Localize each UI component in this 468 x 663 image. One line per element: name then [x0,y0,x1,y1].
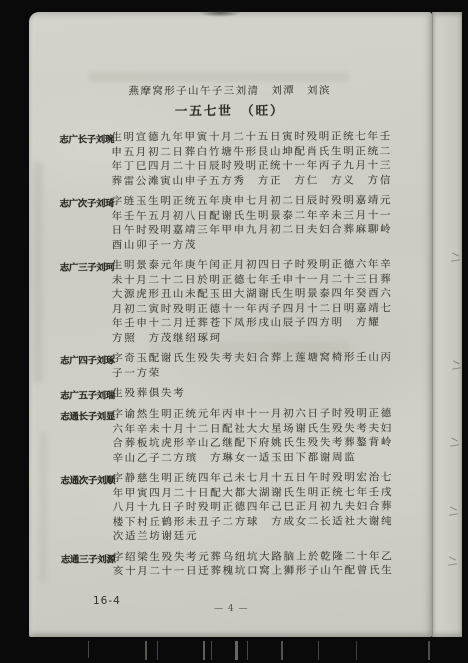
entry-text-line: 方照 方茂继绍琢珂 [112,330,393,345]
entry-text: 生明宣德九年甲寅十月二十五日寅时殁明正统七年壬申五月初二日葬白竹塘牛形艮山坤配肖… [111,129,392,188]
scan-streak [281,641,283,660]
entry-person-label: 志通次子刘顺 [61,471,113,486]
entry-text-line: 字谕然生明正统元年丙申十一月初六日子时殁明正德 [112,406,393,421]
entry-text: 字琏玉生明正统五年庚申七月初二日辰时殁明嘉靖元年壬午五月初八日配谢氏生明景泰二年… [112,193,393,252]
entry-text-line: 年甲寅四月二十日配大都大湖谢氏生明正统七年壬戌 [113,485,394,500]
margin-handwriting-mark [450,252,461,265]
scan-streak [428,641,430,660]
scan-streak [356,641,357,660]
entry-text-line: 申五月初二日葬白竹塘牛形艮山坤配肖氏生明正统二 [111,144,392,159]
entry-person-label: 志通三子刘源 [61,550,113,565]
genealogy-entry: 志通次子刘顺字静慈生明正统四年己未七月十五日午时殁明宏治七年甲寅四月二十日配大都… [30,470,433,544]
entry-text-line: 六年辛未十月十二日配社大大星场谢氏生殁失考夫妇 [112,421,393,436]
margin-handwriting-mark [448,506,459,519]
entry-text-line: 字奇玉配谢氏生殁失考夫妇合葬上莲塘窝椅形壬山丙 [112,350,393,365]
entry-text-line: 未十月二十二日於明正德七年壬申十一月二十三日葬 [112,272,393,287]
genealogy-entry: 志通长子刘显字谕然生明正统元年丙申十一月初六日子时殁明正德六年辛未十月十二日配社… [29,406,432,465]
entry-text-line: 葬雷公滩寅山申子五方秀 方正 方仁 方义 方信 [111,173,392,188]
entry-text: 生明景泰元年庚午闰正月初四日子时殁明正德六年辛未十月二十二日於明正德七年壬申十一… [112,257,393,345]
scan-streak [235,641,238,660]
entry-text-line: 月初二寅时殁明正德十一年丙子四月十二日明嘉靖七 [112,301,393,316]
entry-text-line: 合葬板坑虎形辛山乙继配下府姚氏生殁失考葬鏊背岭 [112,435,393,450]
entry-text-line: 八月十九日子时殁明正德四年己巳正月初九夫妇合葬 [113,499,394,514]
entry-text: 字绍梁生殁失考元葬乌纽坑大路脑上於乾隆二十年乙亥十月二十一日迁葬槐坑口窝上狮形子… [113,549,394,579]
scan-shadow-notch [198,9,242,17]
entry-text-line: 年丁巳四月二十日辰时殁明正统十一年丙子九月十三 [111,158,392,173]
entry-text-line: 年壬午五月初八日配谢氏生明景泰二年辛未三月十一 [112,208,393,223]
genealogy-entry: 志广四子刘琢字奇玉配谢氏生殁失考夫妇合葬上莲塘窝椅形壬山丙子一方荣 [29,350,432,380]
entry-person-label: 志广四子刘琢 [60,351,112,366]
entry-text-line: 生殁葬俱失考 [112,386,185,401]
entry-text-line: 生明宣德九年甲寅十月二十五日寅时殁明正统七年壬 [111,129,392,144]
entry-text-line: 生明景泰元年庚午闰正月初四日子时殁明正德六年辛 [112,257,393,272]
entry-text-line: 楼下村丘鹤形未丑子二方球 方成女二长适社大谢纯 [113,514,394,529]
entry-text-line: 亥十月二十一日迁葬槐坑口窝上狮形子山午配曾氏生 [113,563,394,578]
entry-text-line: 字绍梁生殁失考元葬乌纽坑大路脑上於乾隆二十年乙 [113,549,394,564]
genealogy-entry: 志广长子刘琬生明宣德九年甲寅十月二十五日寅时殁明正统七年壬申五月初二日葬白竹塘牛… [28,129,431,188]
scan-streak [211,641,212,660]
genealogy-entry: 志广次子刘琦字琏玉生明正统五年庚申七月初二日辰时殁明嘉靖元年壬午五月初八日配谢氏… [29,193,432,252]
entry-text: 字静慈生明正统四年己未七月十五日午时殁明宏治七年甲寅四月二十日配大都大湖谢氏生明… [113,470,394,543]
entry-text-line: 年壬申十二月迁葬苍下凤形戌山辰子四方明 方耀 [112,315,393,330]
scan-streak [318,641,319,660]
entry-text-line: 辛山乙子二方瑸 方琳女一适玉田下都谢周监 [112,450,393,465]
volume-label: 16-4 [93,595,121,607]
margin-handwriting-mark [451,360,462,373]
scan-streak [203,641,205,660]
entry-text-line: 字琏玉生明正统五年庚申七月初二日辰时殁明嘉靖元 [112,193,393,208]
entry-text: 生殁葬俱失考 [112,386,185,401]
burial-continuation-line: 燕摩窝形子山午子三刘清 刘潭 刘滨 [28,82,431,98]
entry-text-line: 大源虎形丑山未配玉田大湖谢氏生明景泰四年癸酉六 [112,286,393,301]
entry-text-line: 酉山卯子一方茂 [112,237,393,252]
scan-streak [157,641,158,660]
entry-text-line: 字静慈生明正统四年己未七月十五日午时殁明宏治七 [113,470,394,485]
entry-person-label: 志广三子刘珂 [60,258,112,273]
scan-streak [145,641,147,660]
generation-heading: 一五七世 （旺） [28,100,431,119]
scan-streak [88,641,89,658]
entry-person-label: 志广长子刘琬 [59,130,111,145]
entry-person-label: 志广次子刘琦 [60,194,112,209]
scan-streak [247,641,248,660]
genealogy-page: 燕摩窝形子山午子三刘清 刘潭 刘滨 一五七世 （旺） 志广长子刘琬生明宣德九年甲… [29,12,432,637]
adjacent-page-edge [432,12,462,637]
genealogy-entry: 志通三子刘源字绍梁生殁失考元葬乌纽坑大路脑上於乾隆二十年乙亥十月二十一日迁葬槐坑… [30,549,433,579]
entry-text-line: 日午时殁明嘉靖三年甲申九月初二日夫妇合葬麻聊岭 [112,222,393,237]
genealogy-entries: 志广长子刘琬生明宣德九年甲寅十月二十五日寅时殁明正统七年壬申五月初二日葬白竹塘牛… [28,129,433,579]
entry-text: 字奇玉配谢氏生殁失考夫妇合葬上莲塘窝椅形壬山丙子一方荣 [112,350,393,380]
page-number: — 4 — [214,604,248,614]
margin-handwriting-mark [449,437,460,450]
entry-person-label: 志通长子刘显 [60,407,112,422]
genealogy-entry: 志广五子刘瑞生殁葬俱失考 [29,385,432,401]
entry-text-line: 子一方荣 [112,365,393,380]
entry-text-line: 次适兰坊谢廷元 [113,528,394,543]
genealogy-entry: 志广三子刘珂生明景泰元年庚午闰正月初四日子时殁明正德六年辛未十月二十二日於明正德… [29,257,432,345]
margin-handwriting-mark [447,556,458,569]
entry-text: 字谕然生明正统元年丙申十一月初六日子时殁明正德六年辛未十月十二日配社大大星场谢氏… [112,406,393,465]
page-content: 燕摩窝形子山午子三刘清 刘潭 刘滨 一五七世 （旺） 志广长子刘琬生明宣德九年甲… [28,11,433,637]
entry-person-label: 志广五子刘瑞 [60,386,112,401]
